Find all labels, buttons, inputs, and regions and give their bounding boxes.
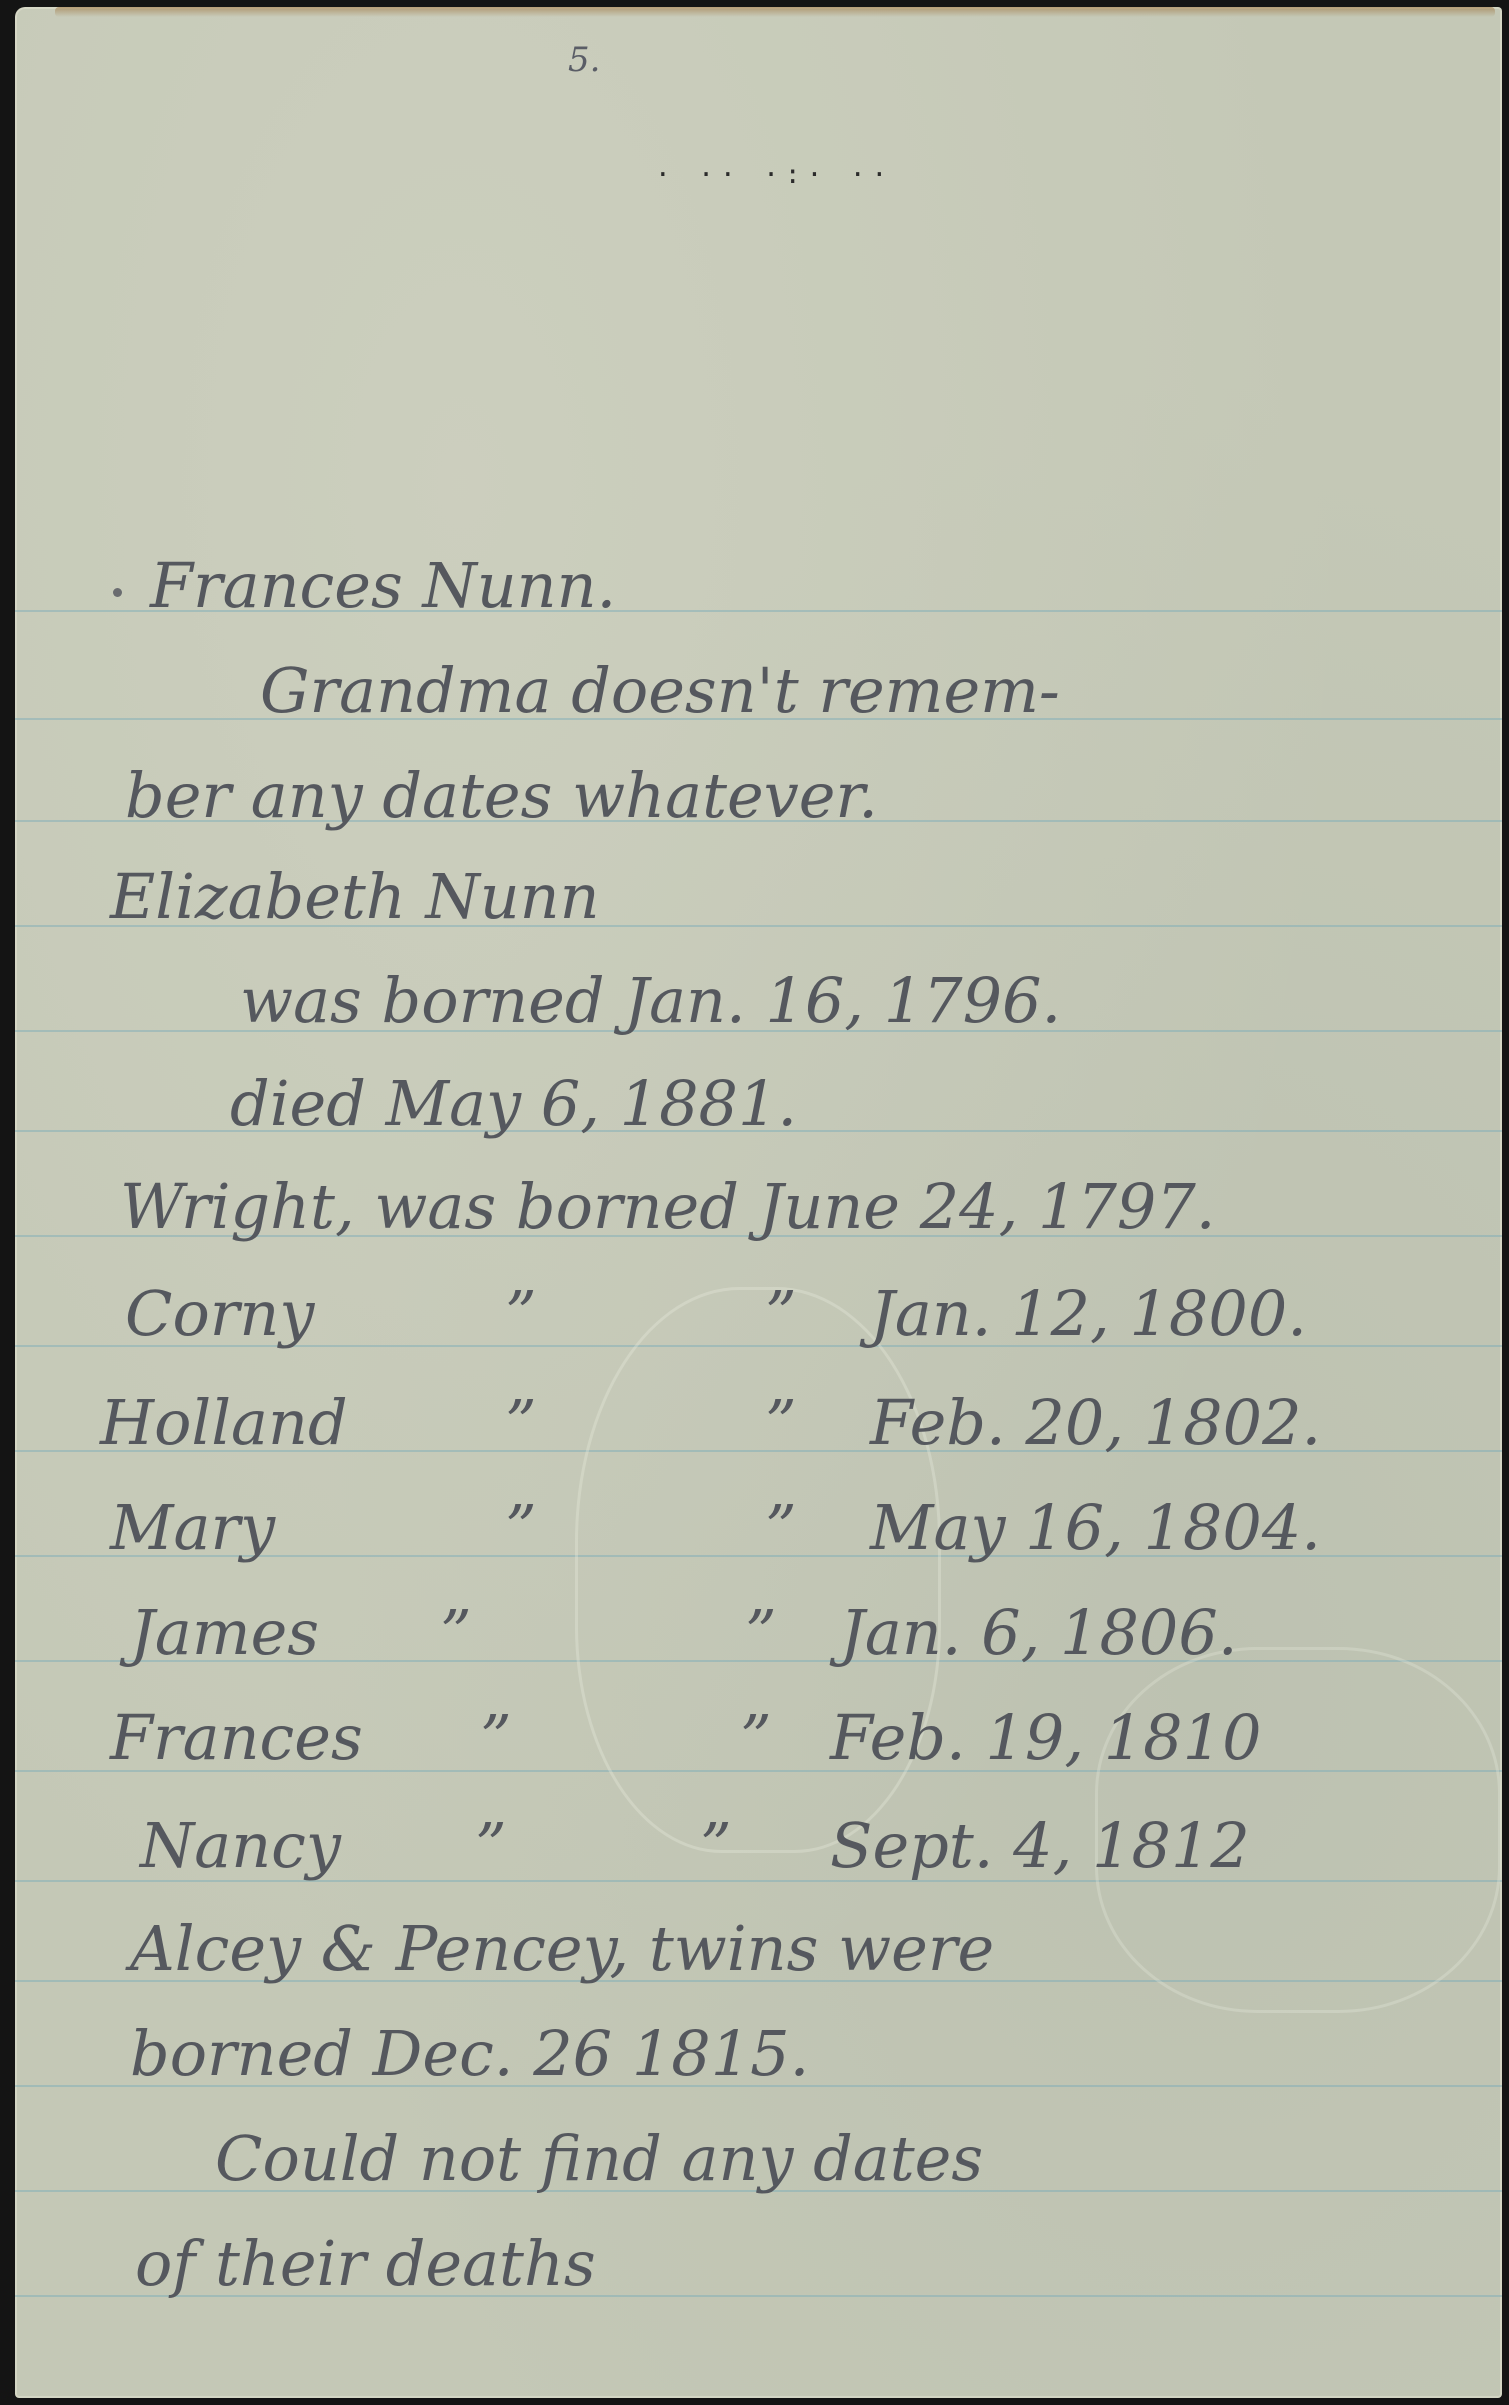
birth-entry: Nancy ” ” Sept. 4, 1812 [0,1815,1509,1895]
ditto-mark: ” [505,1392,537,1454]
page-number: 5. [568,40,600,80]
ditto-mark: ” [505,1283,537,1345]
child-name: James [130,1602,319,1664]
ditto-mark: ” [765,1392,797,1454]
wright-birth-line: Wright, was borned June 24, 1797. [120,1176,1216,1238]
child-name: Frances [110,1707,363,1769]
birth-date: Sept. 4, 1812 [830,1815,1250,1877]
birth-date: Feb. 19, 1810 [830,1707,1262,1769]
note-line-1: Grandma doesn't remem- [260,660,1060,722]
top-edge-stain [55,7,1495,17]
scan-frame: 5. · ·· ·:· ·· Frances Nunn. Grandma doe… [0,0,1509,2405]
ditto-mark: ” [765,1283,797,1345]
closing-line-1: Could not find any dates [215,2128,983,2190]
heading-frances-nunn: Frances Nunn. [150,555,616,617]
bullet-dot [113,588,122,597]
child-name: Corny [125,1283,314,1345]
birth-date: Jan. 6, 1806. [840,1602,1238,1664]
ditto-mark: ” [740,1707,772,1769]
ditto-mark: ” [700,1815,732,1877]
birth-entry: James ” ” Jan. 6, 1806. [0,1602,1509,1682]
elizabeth-died-line: died May 6, 1881. [230,1073,797,1135]
birth-entry: Mary ” ” May 16, 1804. [0,1497,1509,1577]
birth-entry: Holland ” ” Feb. 20, 1802. [0,1392,1509,1472]
child-name: Holland [100,1392,348,1454]
ditto-mark: ” [475,1815,507,1877]
twins-line-1: Alcey & Pencey, twins were [130,1918,994,1980]
ditto-mark: ” [480,1707,512,1769]
name-elizabeth-nunn: Elizabeth Nunn [110,866,600,928]
birth-entry: Corny ” ” Jan. 12, 1800. [0,1283,1509,1363]
birth-date: May 16, 1804. [870,1497,1321,1559]
ditto-mark: ” [745,1602,777,1664]
note-line-2: ber any dates whatever. [125,765,878,827]
ditto-mark: ” [765,1497,797,1559]
closing-line-2: of their deaths [135,2233,596,2295]
twins-line-2: borned Dec. 26 1815. [130,2023,809,2085]
child-name: Nancy [140,1815,341,1877]
elizabeth-born-line: was borned Jan. 16, 1796. [240,970,1061,1032]
birth-entry: Frances ” ” Feb. 19, 1810 [0,1707,1509,1787]
child-name: Mary [110,1497,275,1559]
birth-date: Feb. 20, 1802. [870,1392,1321,1454]
birth-date: Jan. 12, 1800. [870,1283,1307,1345]
ditto-mark: ” [440,1602,472,1664]
punch-marks: · ·· ·:· ·· [655,160,893,190]
ditto-mark: ” [505,1497,537,1559]
